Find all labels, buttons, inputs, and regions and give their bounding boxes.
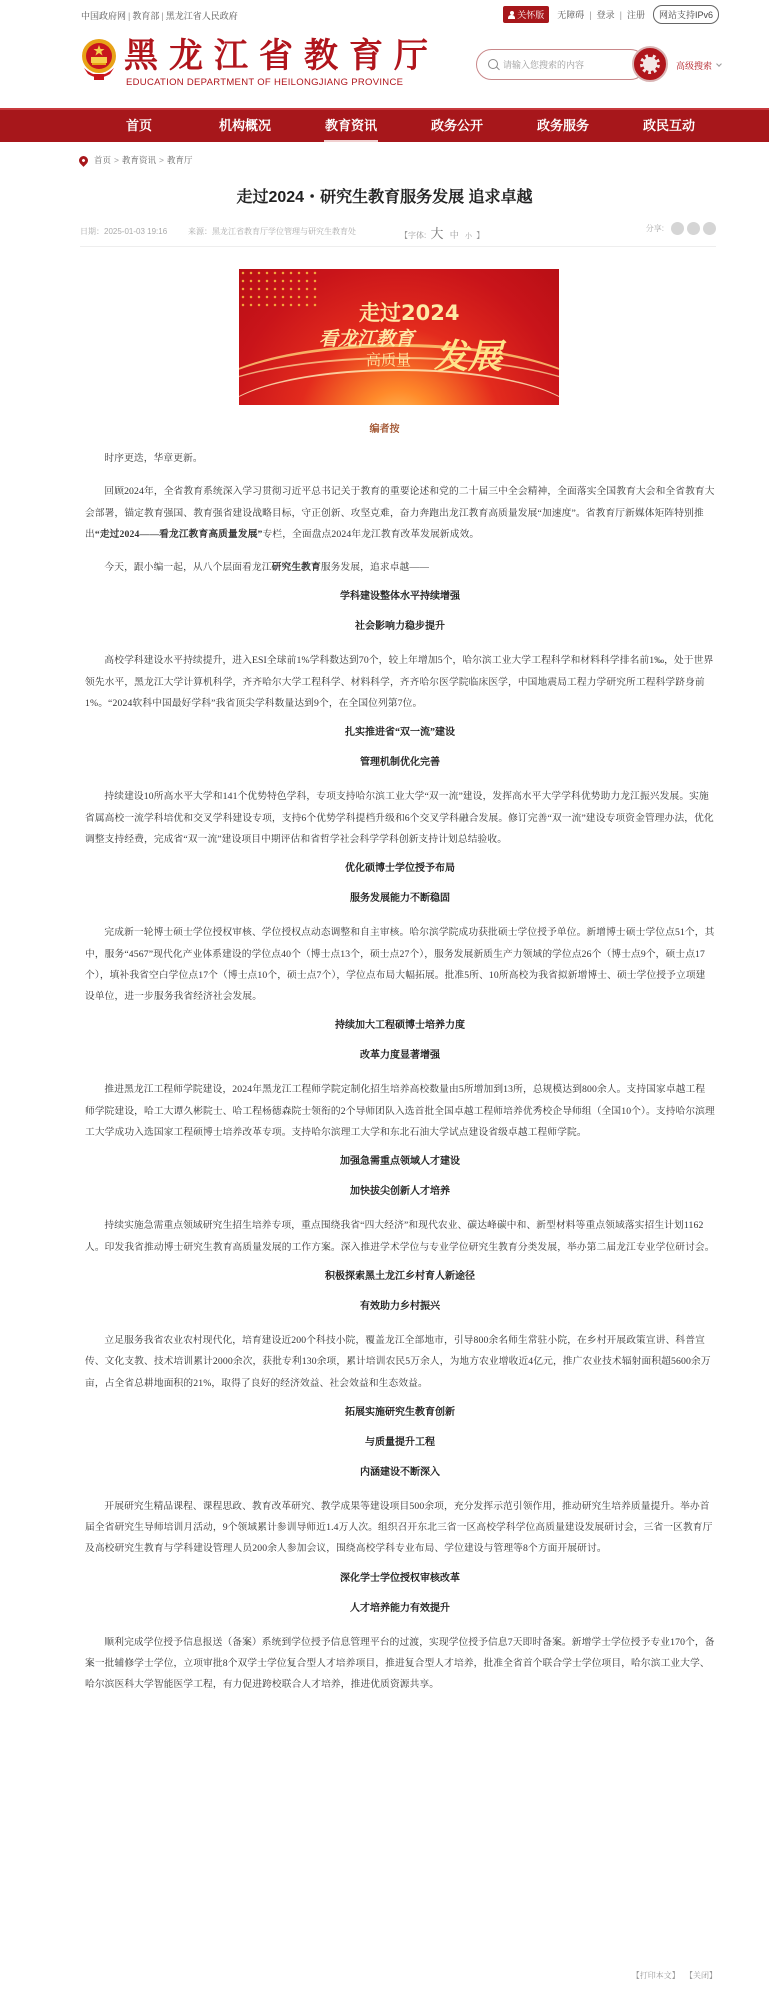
banner-line-3: 高质量	[366, 349, 411, 370]
section-3-heading-2: 服务发展能力不断稳固	[85, 892, 715, 906]
share-bar: 分享:	[646, 222, 716, 235]
site-logo-subtitle: EDUCATION DEPARTMENT OF HEILONGJIANG PRO…	[126, 77, 403, 88]
article-banner-image: 走过2024 看龙江教育 高质量 发展	[239, 269, 559, 405]
share-label: 分享:	[646, 223, 664, 234]
site-header: 黑龙江省教育厅 EDUCATION DEPARTMENT OF HEILONGJ…	[0, 30, 769, 108]
section-2-body: 持续建设10所高水平大学和141个优势特色学科，专项支持哈尔滨工业大学“双一流”…	[85, 786, 715, 850]
site-logo-title[interactable]: 黑龙江省教育厅	[124, 38, 439, 74]
section-2-heading-2: 管理机制优化完善	[85, 756, 715, 770]
breadcrumb-education-news[interactable]: 教育资讯	[122, 154, 156, 166]
weibo-share-icon[interactable]	[703, 222, 716, 235]
nav-item-education-news[interactable]: 教育资讯	[298, 110, 404, 142]
section-8-heading-1: 深化学士学位授权审核改革	[85, 1572, 715, 1586]
article-body: 时序更迭，华章更新。 回顾2024年，全省教育系统深入学习贯彻习近平总书记关于教…	[85, 448, 715, 1708]
lilac-flower-icon	[640, 54, 660, 74]
accessibility-link[interactable]: 无障碍	[557, 8, 584, 21]
breadcrumb-separator: >	[159, 155, 164, 165]
login-link[interactable]: 登录	[597, 8, 615, 21]
care-mode-button[interactable]: 关怀版	[503, 6, 549, 23]
chevron-down-icon	[716, 61, 722, 67]
close-button[interactable]: 【关闭】	[685, 1971, 717, 1980]
wechat-share-icon[interactable]	[671, 222, 684, 235]
section-7-heading-2: 与质量提升工程	[85, 1436, 715, 1450]
article-meta: 日期：2025-01-03 19:16 来源：黑龙江省教育厅学位管理与研究生教育…	[80, 225, 716, 247]
nav-item-government-services[interactable]: 政务服务	[510, 110, 616, 142]
section-3-heading-1: 优化硕博士学位授予布局	[85, 862, 715, 876]
banner-line-2: 看龙江教育	[319, 324, 414, 351]
section-4-heading-2: 改革力度显著增强	[85, 1049, 715, 1063]
banner-line-1: 走过2024	[359, 297, 459, 327]
top-utility-bar: 中国政府网|教育部|黑龙江省人民政府 关怀版 无障碍 | 登录 | 注册 网站支…	[0, 0, 769, 30]
section-5-heading-2: 加快拔尖创新人才培养	[85, 1185, 715, 1199]
user-tools: 关怀版 无障碍 | 登录 | 注册 网站支持IPv6	[503, 5, 719, 24]
care-mode-label: 关怀版	[517, 8, 544, 21]
search-icon	[488, 59, 498, 69]
intro-text: 今天，跟小编一起，从八个层面看龙江	[104, 562, 271, 573]
ipv6-badge: 网站支持IPv6	[653, 5, 719, 24]
intro-text: 专栏，全面盘点2024年龙江教育改革发展新成效。	[263, 529, 480, 540]
main-nav: 首页 机构概况 教育资讯 政务公开 政务服务 政民互动	[0, 108, 769, 142]
breadcrumb-separator: >	[114, 155, 119, 165]
register-link[interactable]: 注册	[627, 8, 645, 21]
intro-text: 服务发展，追求卓越——	[321, 562, 429, 573]
breadcrumb-department[interactable]: 教育厅	[167, 154, 193, 166]
section-6-heading-1: 积极探索黑土龙江乡村育人新途径	[85, 1270, 715, 1284]
section-1-heading-1: 学科建设整体水平持续增强	[85, 590, 715, 604]
decorative-dots	[239, 269, 319, 309]
section-6-heading-2: 有效助力乡村振兴	[85, 1300, 715, 1314]
section-5-body: 持续实施急需重点领域研究生招生培养专项，重点围绕我省“四大经济”和现代农业、碳达…	[85, 1215, 715, 1258]
article-title: 走过2024・研究生教育服务发展 追求卓越	[0, 184, 769, 207]
section-3-body: 完成新一轮博士硕士学位授权审核、学位授权点动态调整和自主审核。哈尔滨学院成功获批…	[85, 922, 715, 1007]
location-pin-icon	[77, 154, 90, 167]
editor-note-heading: 编者按	[0, 420, 769, 435]
search-button[interactable]	[632, 46, 668, 82]
divider: |	[589, 10, 591, 20]
divider: |	[161, 11, 163, 21]
advanced-search-label: 高级搜索	[676, 59, 712, 72]
external-links: 中国政府网|教育部|黑龙江省人民政府	[80, 9, 239, 22]
banner-line-4: 发展	[434, 329, 502, 378]
font-label-close: 】	[476, 231, 484, 240]
breadcrumb: 首页 > 教育资讯 > 教育厅	[79, 154, 192, 166]
section-5-heading-1: 加强急需重点领域人才建设	[85, 1155, 715, 1169]
national-emblem-icon[interactable]	[80, 38, 118, 82]
highlight-text: 研究生教育	[272, 562, 321, 573]
font-size-large-button[interactable]: 大	[430, 226, 443, 241]
search-box	[476, 49, 646, 80]
publish-date: 日期：2025-01-03 19:16	[80, 226, 167, 237]
breadcrumb-home[interactable]: 首页	[94, 154, 111, 166]
section-7-heading-3: 内涵建设不断深入	[85, 1466, 715, 1480]
nav-item-government-affairs[interactable]: 政务公开	[404, 110, 510, 142]
advanced-search-link[interactable]: 高级搜索	[676, 59, 721, 72]
article-actions: 【打印本文】 【关闭】	[629, 1970, 717, 1981]
section-6-body: 立足服务我省农业农村现代化，培育建设近200个科技小院，覆盖龙江全部地市，引导8…	[85, 1330, 715, 1394]
section-2-heading-1: 扎实推进省“双一流”建设	[85, 726, 715, 740]
nav-item-organization[interactable]: 机构概况	[192, 110, 298, 142]
nav-item-public-interaction[interactable]: 政民互动	[616, 110, 722, 142]
link-gov-cn[interactable]: 中国政府网	[81, 11, 126, 21]
section-8-heading-2: 人才培养能力有效提升	[85, 1602, 715, 1616]
link-moe[interactable]: 教育部	[132, 11, 159, 21]
font-size-medium-button[interactable]: 中	[450, 230, 459, 240]
section-7-heading-1: 拓展实施研究生教育创新	[85, 1406, 715, 1420]
qq-share-icon[interactable]	[687, 222, 700, 235]
font-label: 【字体:	[400, 231, 426, 240]
font-size-small-button[interactable]: 小	[465, 233, 472, 240]
section-1-heading-2: 社会影响力稳步提升	[85, 620, 715, 634]
search-input[interactable]	[503, 58, 613, 72]
print-button[interactable]: 【打印本文】	[632, 1971, 680, 1980]
section-4-body: 推进黑龙江工程师学院建设，2024年黑龙江工程师学院定制化招生培养高校数量由5所…	[85, 1079, 715, 1143]
column-name: “走过2024——看龙江教育高质量发展”	[95, 529, 263, 540]
intro-paragraph-2: 回顾2024年，全省教育系统深入学习贯彻习近平总书记关于教育的重要论述和党的二十…	[85, 481, 715, 545]
intro-paragraph-1: 时序更迭，华章更新。	[85, 448, 715, 469]
font-size-controls: 【字体: 大 中 小 】	[400, 223, 484, 242]
intro-paragraph-3: 今天，跟小编一起，从八个层面看龙江研究生教育服务发展，追求卓越——	[85, 557, 715, 578]
section-1-body: 高校学科建设水平持续提升，进入ESI全球前1%学科数达到70个，较上年增加5个，…	[85, 650, 715, 714]
link-hlj-gov[interactable]: 黑龙江省人民政府	[166, 11, 238, 21]
nav-item-home[interactable]: 首页	[86, 110, 192, 142]
section-8-body: 顺利完成学位授予信息报送（备案）系统到学位授予信息管理平台的过渡，实现学位授予信…	[85, 1632, 715, 1696]
user-icon	[508, 11, 515, 19]
article-source: 来源：黑龙江省教育厅学位管理与研究生教育处	[188, 226, 356, 237]
section-7-body: 开展研究生精品课程、课程思政、教育改革研究、教学成果等建设项目500余项，充分发…	[85, 1496, 715, 1560]
divider: |	[128, 11, 130, 21]
divider: |	[620, 10, 622, 20]
section-4-heading-1: 持续加大工程硕博士培养力度	[85, 1019, 715, 1033]
